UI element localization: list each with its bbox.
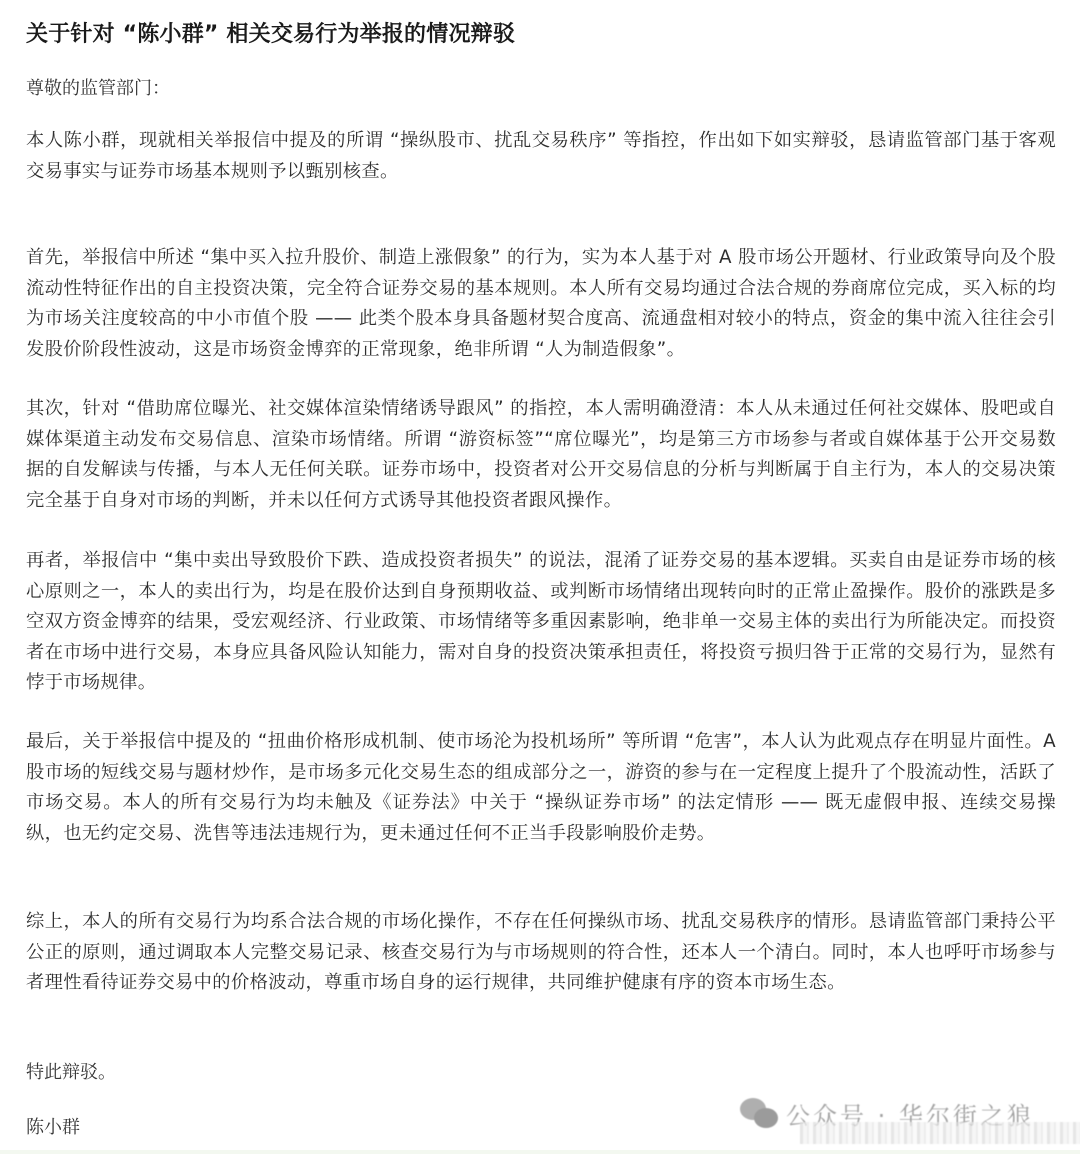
- watermark-distortion: [800, 1122, 1080, 1144]
- paragraph-third: 再者，举报信中 “集中卖出导致股价下跌、造成投资者损失” 的说法，混淆了证券交易…: [26, 546, 1056, 699]
- paragraph-first: 首先，举报信中所述 “集中买入拉升股价、制造上涨假象” 的行为，实为本人基于对 …: [26, 243, 1056, 365]
- paragraph-last: 最后，关于举报信中提及的 “扭曲价格形成机制、使市场沦为投机场所” 等所谓 “危…: [26, 727, 1056, 849]
- signature: 陈小群: [26, 1113, 80, 1139]
- closing-line: 特此辩驳。: [26, 1058, 116, 1084]
- paragraph-second: 其次，针对 “借助席位曝光、社交媒体渲染情绪诱导跟风” 的指控，本人需明确澄清：…: [26, 394, 1056, 516]
- bottom-edge: [0, 1150, 1080, 1154]
- watermark: 公众号 · 华尔街之狼: [740, 1088, 1060, 1138]
- salutation: 尊敬的监管部门：: [26, 74, 170, 100]
- wechat-icon: [740, 1096, 780, 1130]
- document-title: 关于针对 “陈小群” 相关交易行为举报的情况辩驳: [26, 17, 515, 48]
- paragraph-summary: 综上，本人的所有交易行为均系合法合规的市场化操作，不存在任何操纵市场、扰乱交易秩…: [26, 907, 1056, 999]
- paragraph-intro: 本人陈小群，现就相关举报信中提及的所谓 “操纵股市、扰乱交易秩序” 等指控，作出…: [26, 126, 1056, 187]
